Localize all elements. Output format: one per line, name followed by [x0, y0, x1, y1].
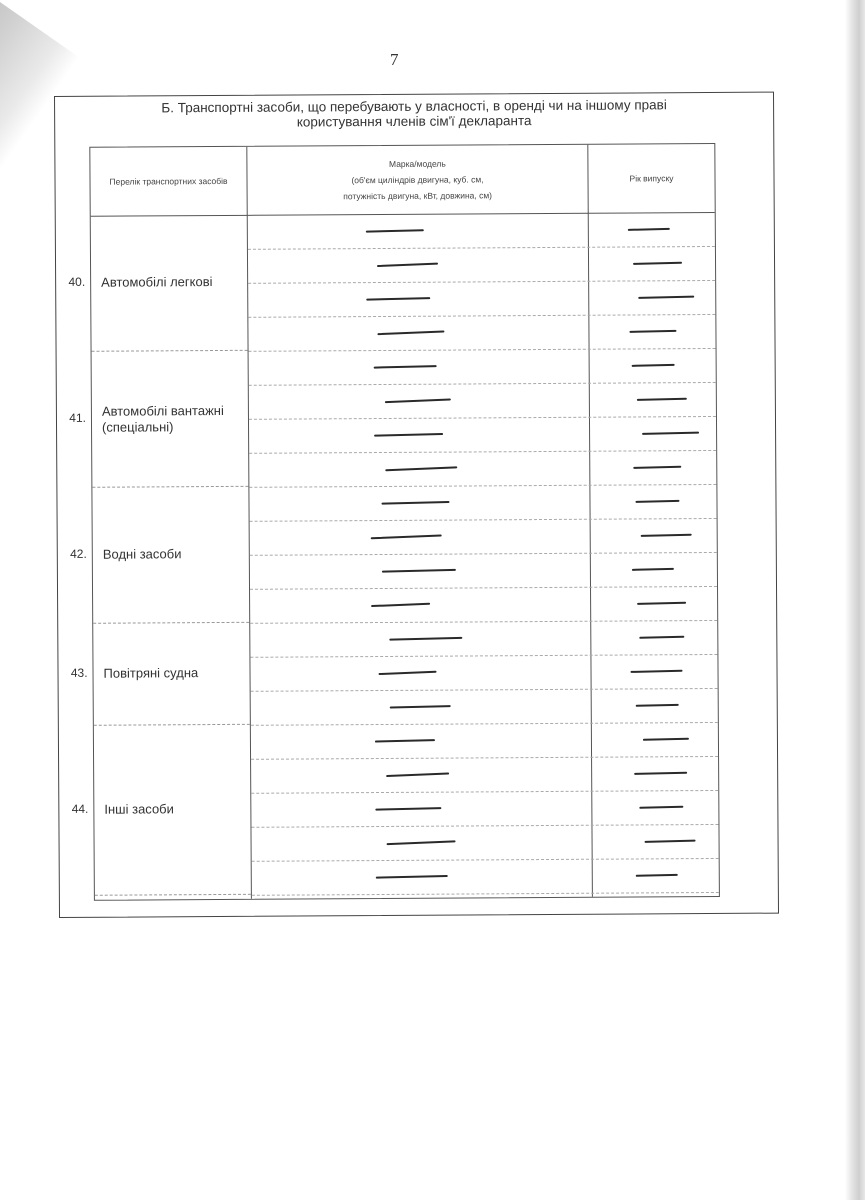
table-row	[248, 314, 715, 352]
year-dash-mark	[633, 466, 681, 469]
table-row	[250, 552, 717, 590]
table-row	[252, 858, 719, 896]
category-number: 44.	[58, 802, 88, 816]
vehicles-table: Перелік транспортних засобів Марка/модел…	[89, 143, 720, 901]
model-dash-mark	[366, 229, 424, 232]
model-dash-mark	[376, 875, 448, 879]
year-dash-mark	[641, 534, 692, 537]
model-dash-mark	[389, 637, 462, 641]
model-dash-mark	[379, 671, 437, 675]
category-number: 40.	[55, 275, 85, 289]
model-dash-mark	[377, 330, 444, 335]
table-row	[249, 382, 716, 420]
table-row	[250, 586, 717, 624]
vehicle-category-40: 40.Автомобілі легкові	[91, 215, 248, 352]
year-dash-mark	[643, 738, 689, 741]
category-number: 42.	[57, 547, 87, 561]
vehicle-category-41: 41.Автомобілі вантажні(спеціальні)	[92, 351, 249, 488]
model-dash-mark	[386, 773, 449, 778]
year-dash-mark	[637, 398, 687, 401]
year-dash-mark	[639, 806, 683, 809]
vehicle-category-42: 42.Водні засоби	[92, 487, 249, 624]
table-row	[251, 790, 718, 828]
category-number: 41.	[56, 411, 86, 425]
model-dash-mark	[381, 501, 449, 505]
model-dash-mark	[385, 466, 457, 471]
table-row	[248, 246, 715, 284]
table-row	[249, 484, 716, 522]
header-year: Рік випуску	[588, 144, 714, 214]
model-dash-mark	[385, 398, 451, 403]
year-dash-mark	[631, 670, 683, 673]
table-row	[248, 212, 715, 250]
year-dash-mark	[628, 228, 670, 231]
table-row	[248, 280, 715, 318]
model-dash-mark	[366, 297, 430, 301]
page-number: 7	[390, 50, 399, 70]
category-number: 43.	[57, 666, 87, 680]
header-list: Перелік транспортних засобів	[90, 147, 247, 217]
year-dash-mark	[633, 262, 682, 265]
table-row	[250, 518, 717, 556]
section-title: Б. Транспортні засоби, що перебувають у …	[55, 97, 773, 131]
category-label: Водні засоби	[103, 546, 182, 562]
year-dash-mark	[637, 602, 686, 605]
year-dash-mark	[645, 840, 696, 843]
table-row	[251, 722, 718, 760]
model-dash-mark	[374, 365, 437, 368]
table-row	[250, 620, 717, 658]
year-dash-mark	[632, 568, 674, 571]
vehicle-category-43: 43.Повітряні судна	[93, 623, 250, 726]
year-dash-mark	[638, 296, 694, 299]
table-row	[249, 450, 716, 488]
category-label: Автомобілі легкові	[101, 274, 212, 291]
model-dash-mark	[387, 840, 456, 845]
model-dash-mark	[374, 433, 443, 437]
table-row	[251, 756, 718, 794]
year-dash-mark	[642, 432, 699, 435]
category-label: Автомобілі вантажні(спеціальні)	[102, 403, 224, 436]
section-frame: Б. Транспортні засоби, що перебувають у …	[54, 92, 779, 918]
model-dash-mark	[375, 807, 441, 811]
model-dash-mark	[371, 603, 430, 607]
model-dash-mark	[390, 705, 451, 708]
table-row	[251, 688, 718, 726]
header-model: Марка/модель (об'єм циліндрів двигуна, к…	[247, 145, 588, 216]
table-row	[250, 654, 717, 692]
model-dash-mark	[375, 739, 435, 742]
model-dash-mark	[377, 263, 438, 267]
model-dash-mark	[382, 569, 456, 573]
year-dash-mark	[636, 704, 679, 707]
year-dash-mark	[634, 772, 687, 775]
vehicle-category-44: 44.Інші засоби	[94, 725, 251, 896]
year-dash-mark	[635, 500, 679, 503]
year-dash-mark	[629, 330, 676, 333]
year-dash-mark	[636, 874, 678, 877]
model-dash-mark	[371, 534, 442, 539]
category-label: Повітряні судна	[103, 665, 198, 682]
table-row	[249, 348, 716, 386]
scan-edge	[845, 0, 865, 1200]
table-row	[249, 416, 716, 454]
year-dash-mark	[639, 636, 684, 639]
year-dash-mark	[632, 364, 675, 367]
category-label: Інші засоби	[104, 801, 174, 817]
table-row	[251, 824, 718, 862]
